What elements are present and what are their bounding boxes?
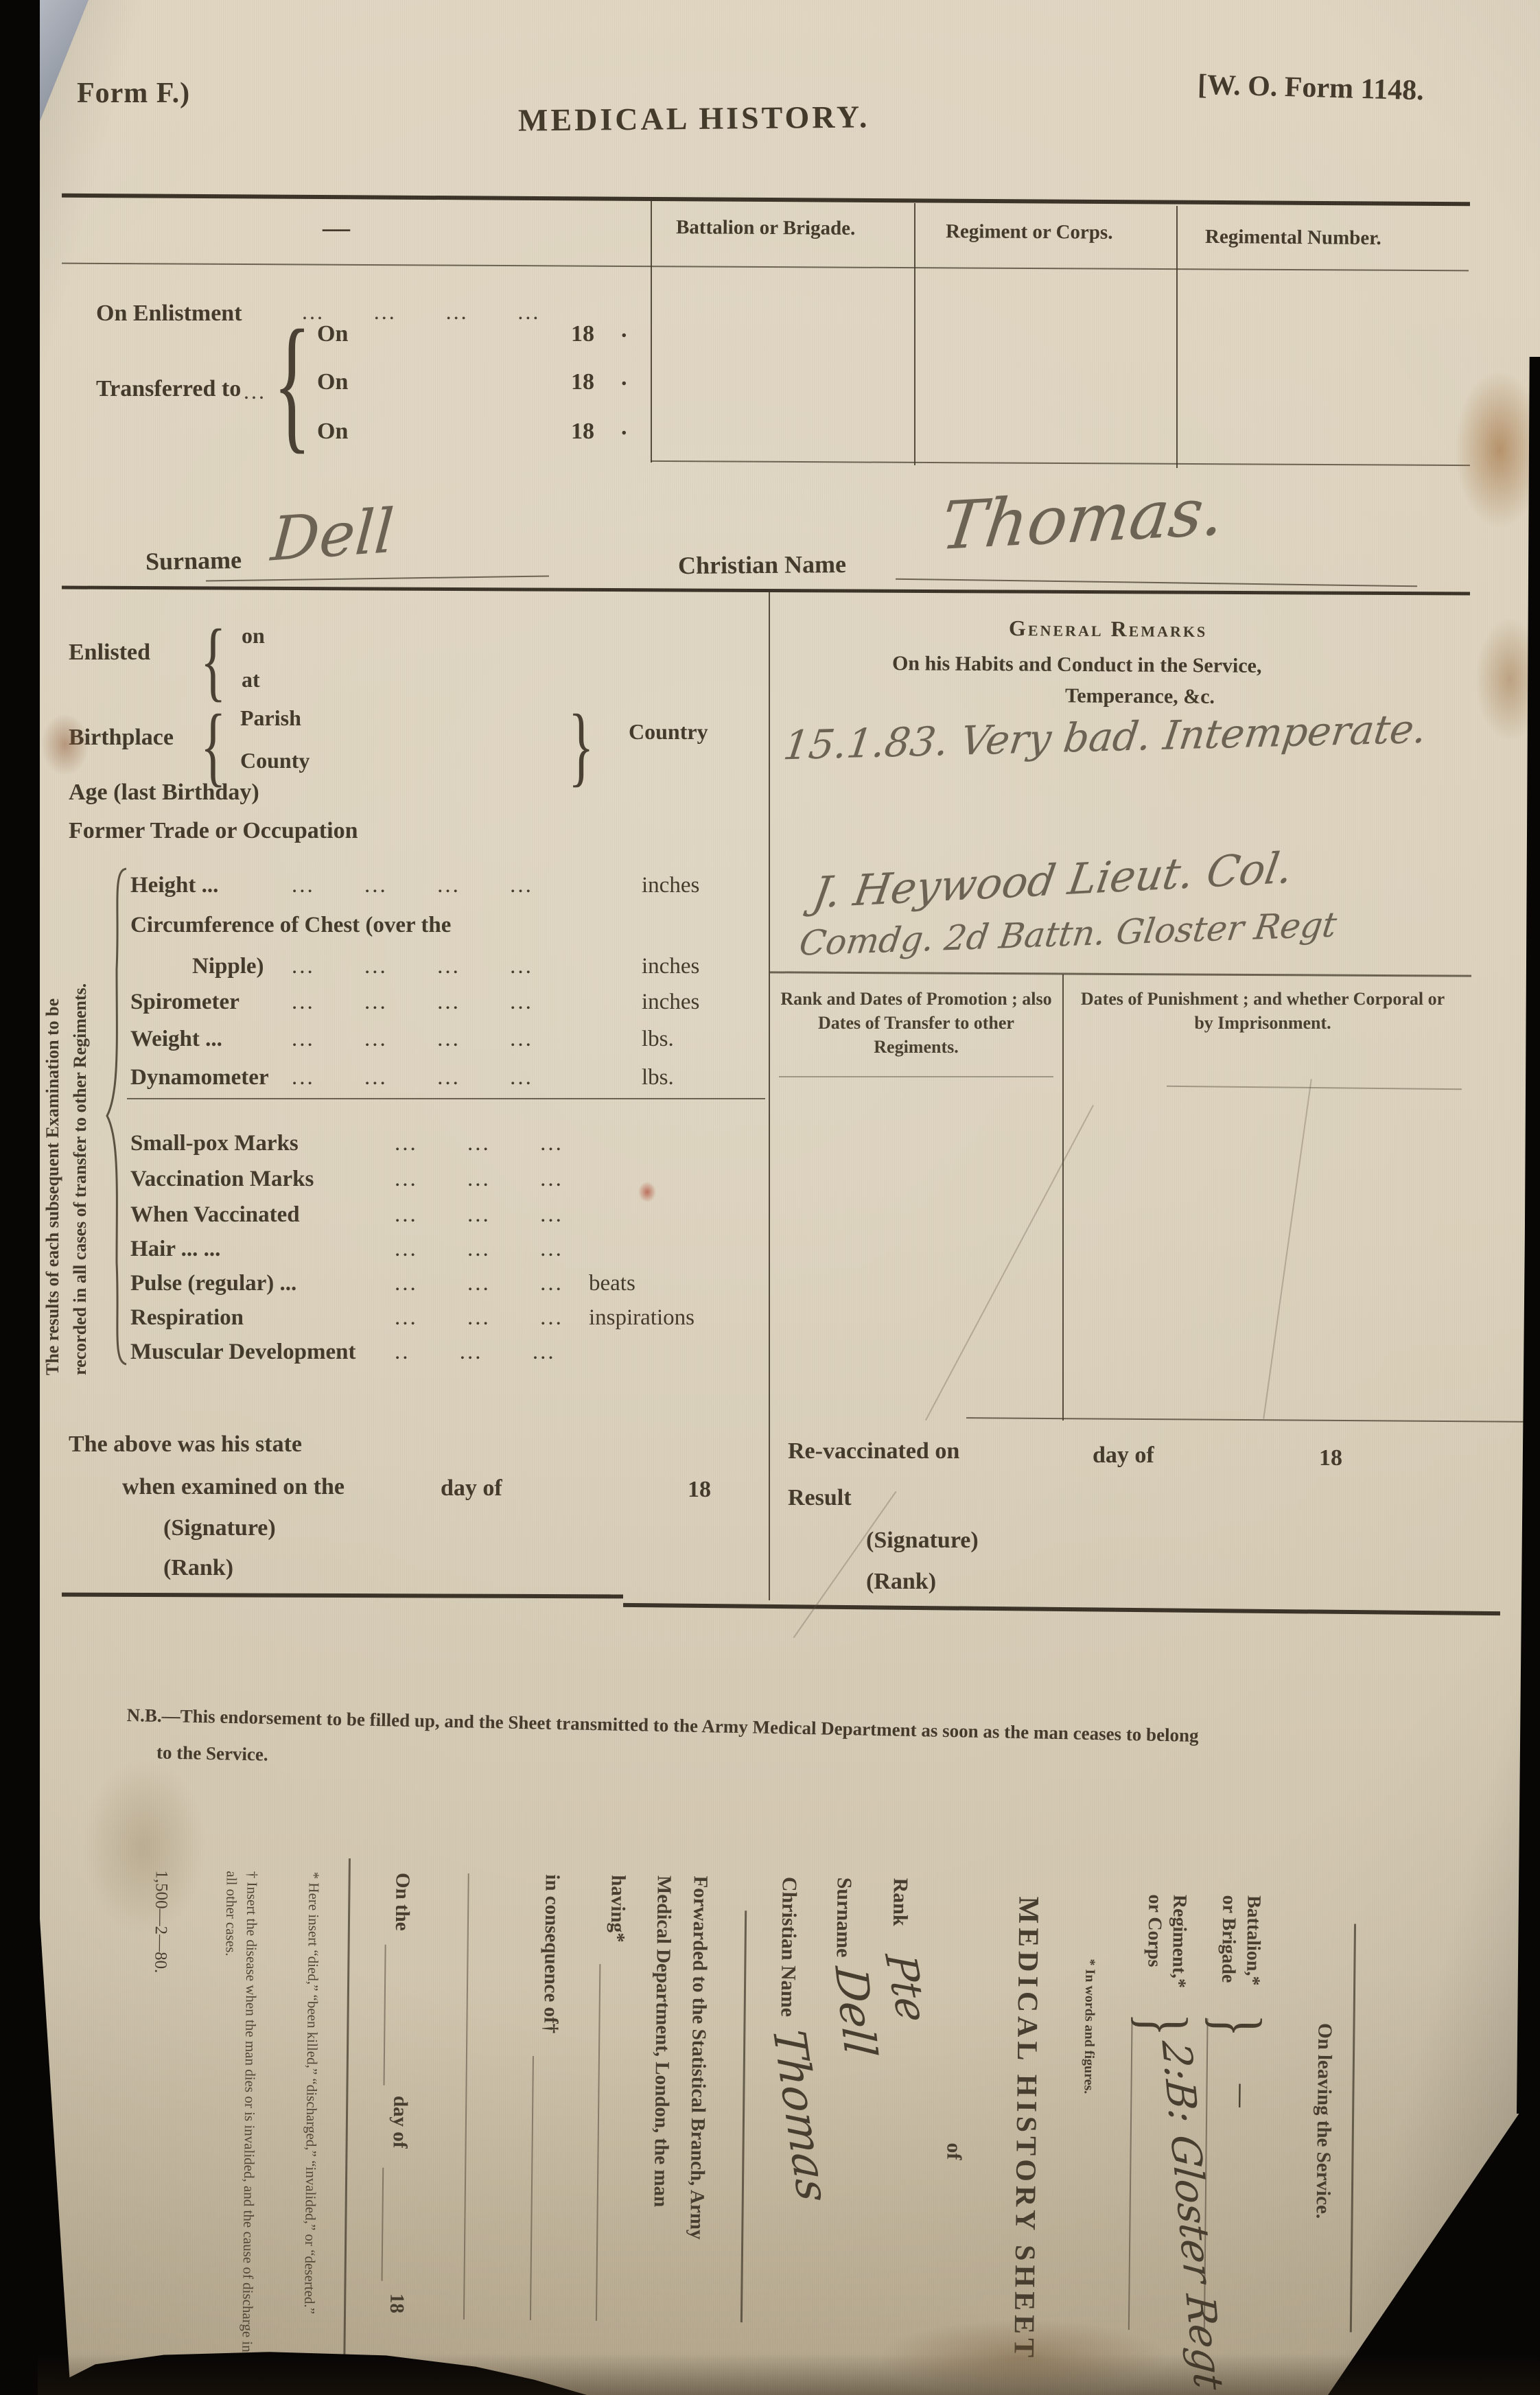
words-figures-note: * In words and figures. — [1080, 1959, 1097, 2094]
examined-rank: (Rank) — [163, 1555, 233, 1581]
revaccinated-result: Result — [788, 1485, 852, 1511]
column-header-battalion: Battalion or Brigade. — [676, 216, 856, 240]
rank-label: Rank — [888, 1878, 912, 1926]
birthplace-parish: Parish — [240, 705, 301, 731]
transfer-on-1: On — [317, 321, 348, 347]
forwarded-line1: Forwarded to the Statistical Branch, Arm… — [685, 1876, 712, 2239]
battalion-label-1: Battalion,* — [1241, 1895, 1264, 1986]
observation-dots: ... ... ... — [395, 1305, 563, 1331]
print-code: 1,500—2—80. — [150, 1870, 171, 1973]
regiment-handwriting: 2:B: Gloster Regt — [1152, 2040, 1233, 2391]
endorse-christian-handwriting: Thomas — [762, 2028, 839, 2201]
revaccinated-rank: (Rank) — [866, 1569, 936, 1595]
birthplace-brace: { — [200, 701, 226, 791]
nb-note-line2: to the Service. — [156, 1742, 268, 1765]
general-remarks-line1: On his Habits and Conduct in the Service… — [892, 652, 1262, 678]
transfer-dot-1: . — [621, 317, 627, 343]
form-ref-left: Form F.) — [77, 77, 190, 110]
endorsement-panel: On leaving the Service. Battalion,* or B… — [62, 1845, 1530, 2395]
christian-handwriting: Thomas. — [937, 473, 1228, 565]
on-the-label: On the — [390, 1873, 414, 1931]
side-caption-line1: The results of each subsequent Examinati… — [43, 998, 63, 1375]
enlisted-brace: { — [200, 616, 226, 705]
measure-unit: inches — [642, 954, 699, 979]
birthplace-county: County — [240, 748, 310, 773]
observation-dots: ... ... ... — [395, 1167, 563, 1192]
revaccinated-signature: (Signature) — [866, 1528, 979, 1554]
trade-label: Former Trade or Occupation — [69, 818, 358, 844]
transfer-brace: { — [273, 307, 311, 459]
sheet-of: of — [942, 2142, 965, 2160]
transfer-dot-3: . — [621, 414, 627, 441]
observation-label: Vaccination Marks — [130, 1167, 314, 1192]
blank-line — [463, 1873, 469, 2320]
row-transferred-to: Transferred to — [96, 376, 241, 402]
side-caption: The results of each subsequent Examinati… — [43, 866, 108, 1375]
rank-handwriting: Pte — [874, 1954, 937, 2022]
having-line — [596, 1964, 600, 2321]
measure-dots: ... ... ... ... — [292, 990, 533, 1015]
column-header-regiment: Regiment or Corps. — [946, 220, 1113, 244]
observation-dots: ... ... ... — [395, 1202, 563, 1228]
column-header-number: Regimental Number. — [1205, 226, 1381, 250]
on-the-line — [384, 1945, 386, 2086]
battalion-blank-dash: — — [1228, 2084, 1254, 2107]
row-transferred-dots: ... — [244, 379, 266, 404]
promotion-header-rule — [779, 1076, 1053, 1077]
enlisted-on: on — [242, 623, 265, 649]
on-leaving-label: On leaving the Service. — [1311, 2023, 1336, 2219]
form-ref-right: [W. O. Form 1148. — [1197, 69, 1424, 108]
endorse-divider — [740, 1911, 747, 2322]
examined-year: 18 — [688, 1477, 711, 1503]
birthplace-label: Birthplace — [69, 725, 174, 751]
revaccinated-label: Re-vaccinated on — [788, 1438, 959, 1464]
enlisted-label: Enlisted — [69, 640, 150, 666]
measure-dots: ... ... ... ... — [292, 873, 533, 898]
measure-dots: ... ... ... ... — [292, 1027, 533, 1052]
measure-label: Dynamometer — [130, 1065, 269, 1090]
row-on-enlistment: On Enlistment — [96, 301, 242, 327]
promotion-column-divider — [1062, 974, 1064, 1421]
examined-line1: The above was his state — [69, 1432, 302, 1458]
footnote-star: * Here insert “died,” “been killed,” “di… — [299, 1871, 325, 2359]
surname-handwriting: Dell — [269, 495, 397, 574]
measurement-separator — [127, 1098, 765, 1099]
regiment-line — [1128, 2018, 1133, 2330]
christian-name-label: Christian Name — [678, 550, 846, 580]
main-column-divider — [769, 592, 770, 1600]
observation-dots: ... ... ... — [395, 1131, 563, 1156]
transfer-dot-2: . — [621, 365, 627, 391]
observation-unit: inspirations — [589, 1305, 695, 1331]
having-label: having* — [606, 1875, 629, 1943]
transfer-on-3: On — [317, 419, 348, 445]
battalion-brace: } — [1202, 2013, 1271, 2037]
measure-label: Weight ... — [130, 1027, 222, 1052]
general-remarks-title: General Remarks — [1009, 616, 1208, 642]
observation-label: Respiration — [130, 1305, 244, 1331]
measurement-brace — [102, 866, 132, 1367]
table-col-line-1 — [651, 200, 652, 463]
footnote-rule — [343, 1858, 351, 2372]
measure-label: Spirometer — [130, 990, 240, 1015]
in-consequence-line — [530, 2056, 534, 2320]
birthplace-close-brace: } — [568, 701, 594, 791]
observation-dots: ... ... ... — [395, 1271, 563, 1296]
table-placeholder-dash: — — [323, 211, 350, 244]
endorse-surname-handwriting: Dell — [824, 1965, 885, 2057]
country-label: Country — [629, 719, 708, 745]
revaccinated-day-of: day of — [1093, 1442, 1154, 1469]
regiment-label-2: or Corps — [1143, 1894, 1165, 1967]
observation-dots: .. ... ... — [395, 1340, 556, 1365]
measure-label: Nipple) — [192, 954, 264, 979]
observation-unit: beats — [589, 1271, 635, 1296]
promotion-header: Rank and Dates of Promotion ; also Dates… — [779, 987, 1053, 1059]
footnote-dagger: † Insert the disease when the man dies o… — [215, 1871, 262, 2359]
transfer-year-3: 18 — [571, 419, 594, 445]
table-col-line-3 — [1176, 206, 1178, 468]
regiment-label-1: Regiment,* — [1167, 1895, 1190, 1988]
revaccinated-year: 18 — [1319, 1445, 1342, 1471]
age-label: Age (last Birthday) — [69, 780, 259, 806]
punishment-header: Dates of Punishment ; and whether Corpor… — [1077, 987, 1448, 1035]
observation-label: Pulse (regular) ... — [130, 1271, 296, 1296]
day-of-line — [382, 2168, 384, 2281]
measure-dots: ... ... ... ... — [292, 1065, 533, 1090]
examined-line2: when examined on the — [122, 1474, 345, 1500]
surname-label: Surname — [145, 546, 242, 576]
examined-signature: (Signature) — [163, 1515, 276, 1541]
enlisted-at: at — [242, 667, 260, 692]
measure-dots: ... ... ... ... — [292, 954, 533, 979]
in-consequence-label: in consequence of† — [539, 1874, 563, 2033]
measure-unit: lbs. — [642, 1027, 674, 1052]
regiment-brace: } — [1128, 2013, 1197, 2037]
observation-label: Small-pox Marks — [130, 1131, 299, 1156]
photograph-of-form: Form F.) MEDICAL HISTORY. [W. O. Form 11… — [0, 0, 1540, 2395]
endorse-surname-label: Surname — [831, 1878, 855, 1958]
endorse-year: 18 — [385, 2293, 408, 2313]
measure-unit: inches — [642, 990, 699, 1015]
observation-dots: ... ... ... — [395, 1237, 563, 1262]
leaving-top-rule — [1350, 1924, 1356, 2332]
transfer-year-2: 18 — [571, 369, 594, 395]
measure-label: Circumference of Chest (over the — [130, 913, 451, 938]
bottom-edge-shadow — [38, 2354, 1540, 2395]
sheet-title: MEDICAL HISTORY SHEET — [1007, 1896, 1045, 2361]
endorse-day-of: day of — [388, 2096, 412, 2149]
left-edge-shadow — [0, 0, 40, 2395]
page-title: MEDICAL HISTORY. — [518, 98, 870, 138]
battalion-label-2: or Brigade — [1217, 1895, 1239, 1983]
side-caption-line2: recorded in all cases of transfer to oth… — [70, 983, 91, 1375]
measure-unit: inches — [642, 873, 699, 898]
transfer-year-1: 18 — [571, 321, 594, 347]
observation-label: Hair ... ... — [130, 1237, 220, 1262]
transfer-on-2: On — [317, 369, 348, 395]
endorse-christian-label: Christian Name — [776, 1877, 801, 2018]
general-remarks-line2: Temperance, &c. — [1065, 684, 1215, 709]
table-col-line-2 — [914, 203, 915, 465]
examined-day-of: day of — [441, 1475, 502, 1502]
forwarded-line2: Medical Department, London, the man — [649, 1876, 675, 2208]
measure-label: Height ... — [130, 873, 218, 898]
observation-label: When Vaccinated — [130, 1202, 300, 1228]
observation-label: Muscular Development — [130, 1340, 355, 1365]
measure-unit: lbs. — [642, 1065, 674, 1090]
